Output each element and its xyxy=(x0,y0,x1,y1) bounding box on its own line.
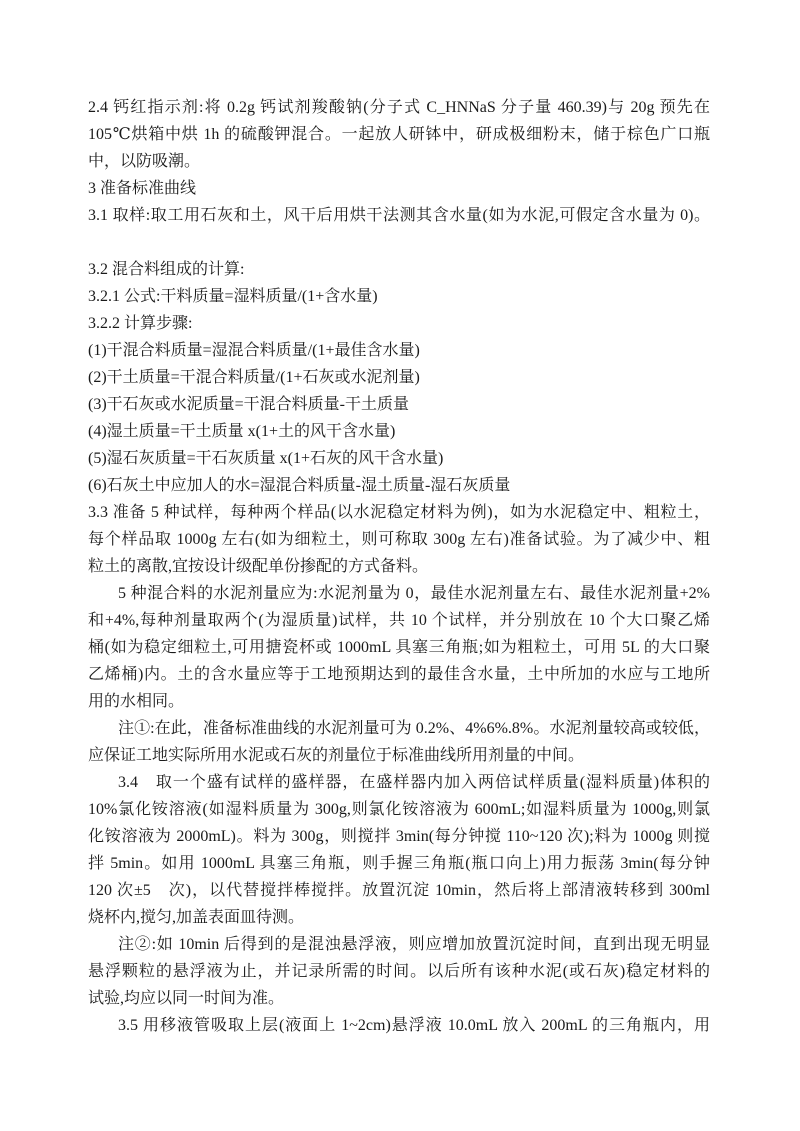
note-line: 注①:在此，准备标准曲线的水泥剂量可为 0.2%、4%6%.8%。水泥剂量较高或… xyxy=(88,715,710,742)
list-item: (1)干混合料质量=湿混合料质量/(1+最佳含水量) xyxy=(88,337,710,364)
text-line: 3.2 混合料组成的计算: xyxy=(88,256,710,283)
note-line: 注②:如 10min 后得到的是混浊悬浮液，则应增加放置沉淀时间，直到出现无明显 xyxy=(88,931,710,958)
text-line: 3.4 取一个盛有试样的盛样器，在盛样器内加入两倍试样质量(湿料质量)体积的 xyxy=(88,769,710,796)
list-item: (4)湿土质量=干土质量 x(1+土的风干含水量) xyxy=(88,418,710,445)
text-line: 105℃烘箱中烘 1h 的硫酸钾混合。一起放人研钵中，研成极细粉末，储于棕色广口… xyxy=(88,121,710,148)
text-line: 中，以防吸潮。 xyxy=(88,148,710,175)
text-line: 3.1 取样:取工用石灰和土，风干后用烘干法测其含水量(如为水泥,可假定含水量为… xyxy=(88,202,710,229)
text-line: 5 种混合料的水泥剂量应为:水泥剂量为 0，最佳水泥剂量左右、最佳水泥剂量+2% xyxy=(88,580,710,607)
text-line: 烧杯内,搅匀,加盖表面皿待测。 xyxy=(88,904,710,931)
text-line: 3.2.1 公式:干料质量=湿料质量/(1+含水量) xyxy=(88,283,710,310)
text-line: 每个样品取 1000g 左右(如为细粒土，则可称取 300g 左右)准备试验。为… xyxy=(88,526,710,553)
text-line: 3.5 用移液管吸取上层(液面上 1~2cm)悬浮液 10.0mL 放入 200… xyxy=(88,1012,710,1039)
text-line: 拌 5min。如用 1000mL 具塞三角瓶，则手握三角瓶(瓶口向上)用力振荡 … xyxy=(88,850,710,877)
text-line: 桶(如为稳定细粒土,可用搪瓷杯或 1000mL 具塞三角瓶;如为粗粒土，可用 5… xyxy=(88,634,710,661)
document-page: 2.4 钙红指示剂:将 0.2g 钙试剂羧酸钠(分子式 C_HNNaS 分子量 … xyxy=(0,0,800,1131)
text-line: 120 次±5 次)，以代替搅拌棒搅拌。放置沉淀 10min，然后将上部清液转移… xyxy=(88,877,710,904)
list-item: (2)干土质量=干混合料质量/(1+石灰或水泥剂量) xyxy=(88,364,710,391)
list-item: (5)湿石灰质量=干石灰质量 x(1+石灰的风干含水量) xyxy=(88,445,710,472)
section-heading: 3 准备标准曲线 xyxy=(88,175,710,202)
note-line: 试验,均应以同一时间为准。 xyxy=(88,985,710,1012)
note-line: 悬浮颗粒的悬浮液为止，并记录所需的时间。以后所有该种水泥(或石灰)稳定材料的 xyxy=(88,958,710,985)
blank-line xyxy=(88,229,710,256)
document-body: 2.4 钙红指示剂:将 0.2g 钙试剂羧酸钠(分子式 C_HNNaS 分子量 … xyxy=(88,94,710,1039)
list-item: (3)干石灰或水泥质量=干混合料质量-干土质量 xyxy=(88,391,710,418)
note-line: 应保证工地实际所用水泥或石灰的剂量位于标准曲线所用剂量的中间。 xyxy=(88,742,710,769)
text-line: 粒土的离散,宜按设计级配单份掺配的方式备料。 xyxy=(88,553,710,580)
text-line: 和+4%,每种剂量取两个(为湿质量)试样，共 10 个试样，并分别放在 10 个… xyxy=(88,607,710,634)
text-line: 3.2.2 计算步骤: xyxy=(88,310,710,337)
text-line: 化铵溶液为 2000mL)。料为 300g，则搅拌 3min(每分钟搅 110~… xyxy=(88,823,710,850)
text-line: 10%氯化铵溶液(如湿料质量为 300g,则氯化铵溶液为 600mL;如湿料质量… xyxy=(88,796,710,823)
text-line: 3.3 准备 5 种试样，每种两个样品(以水泥稳定材料为例)，如为水泥稳定中、粗… xyxy=(88,499,710,526)
text-line: 用的水相同。 xyxy=(88,688,710,715)
list-item: (6)石灰土中应加人的水=湿混合料质量-湿土质量-湿石灰质量 xyxy=(88,472,710,499)
text-line: 乙烯桶)内。土的含水量应等于工地预期达到的最佳含水量，土中所加的水应与工地所 xyxy=(88,661,710,688)
text-line: 2.4 钙红指示剂:将 0.2g 钙试剂羧酸钠(分子式 C_HNNaS 分子量 … xyxy=(88,94,710,121)
